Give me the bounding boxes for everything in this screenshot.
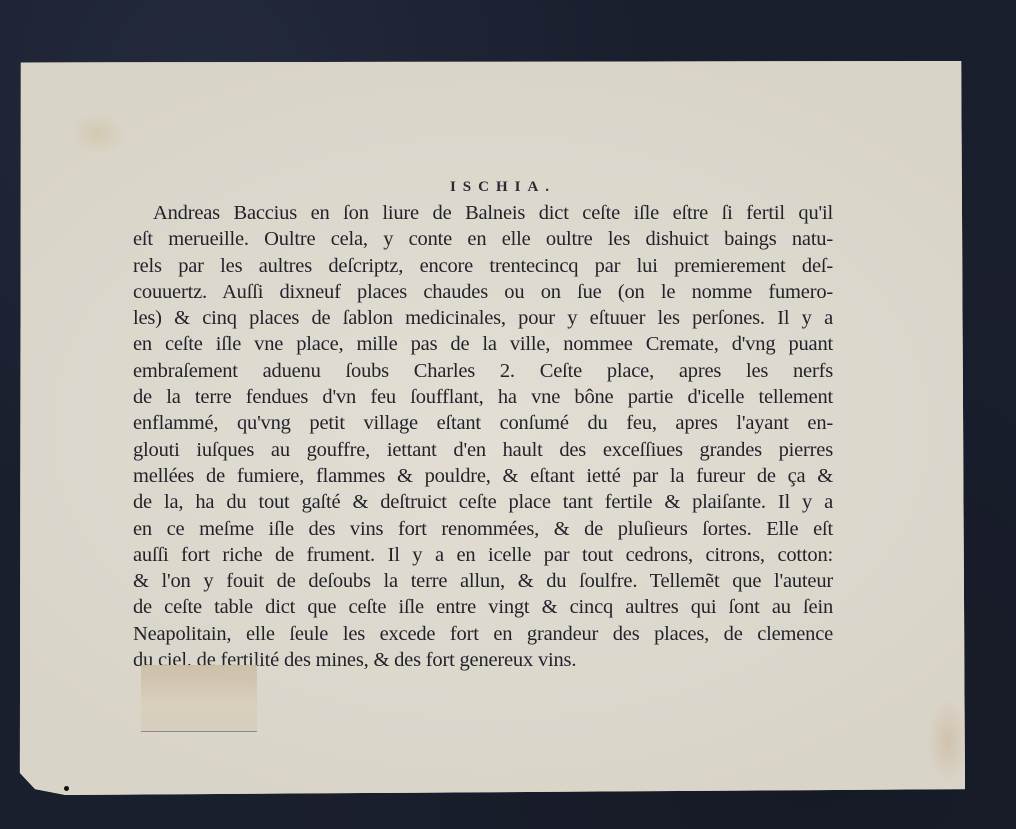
text-line: mellées de fumiere, flammes & pouldre, &… — [133, 463, 833, 489]
text-line: Neapolitain, elle ſeule les excede fort … — [133, 621, 833, 647]
text-line: auſſi fort riche de frument. Il y a en i… — [133, 542, 833, 568]
text-line: Andreas Baccius en ſon liure de Balneis … — [133, 200, 833, 226]
text-line: de la terre fendues d'vn feu ſoufflant, … — [133, 384, 833, 410]
text-line: embraſement aduenu ſoubs Charles 2. Ceſt… — [133, 358, 833, 384]
text-line: de la, ha du tout gaſté & deſtruict ceſt… — [133, 489, 833, 515]
printed-text-block: ISCHIA. Andreas Baccius en ſon liure de … — [133, 178, 833, 673]
text-line: en ceſte iſle vne place, mille pas de la… — [133, 331, 833, 357]
text-line: de ceſte table dict que ceſte iſle entre… — [133, 594, 833, 620]
text-line: glouti iuſques au gouffre, iettant d'en … — [133, 437, 833, 463]
paper-repair-patch — [141, 665, 257, 732]
text-line: eſt merueille. Oultre cela, y conte en e… — [133, 226, 833, 252]
text-line: couuertz. Auſſi dixneuf places chaudes o… — [133, 279, 833, 305]
text-line: enflammé, qu'vng petit village eſtant co… — [133, 410, 833, 436]
text-line: rels par les aultres deſcriptz, encore t… — [133, 253, 833, 279]
pin-hole-mark — [64, 786, 69, 791]
text-line: & l'on y fouit de deſoubs la terre allun… — [133, 568, 833, 594]
text-line: les) & cinq places de ſablon medicinales… — [133, 305, 833, 331]
page-title: ISCHIA. — [133, 178, 833, 196]
text-line: en ce meſme iſle des vins fort renommées… — [133, 516, 833, 542]
